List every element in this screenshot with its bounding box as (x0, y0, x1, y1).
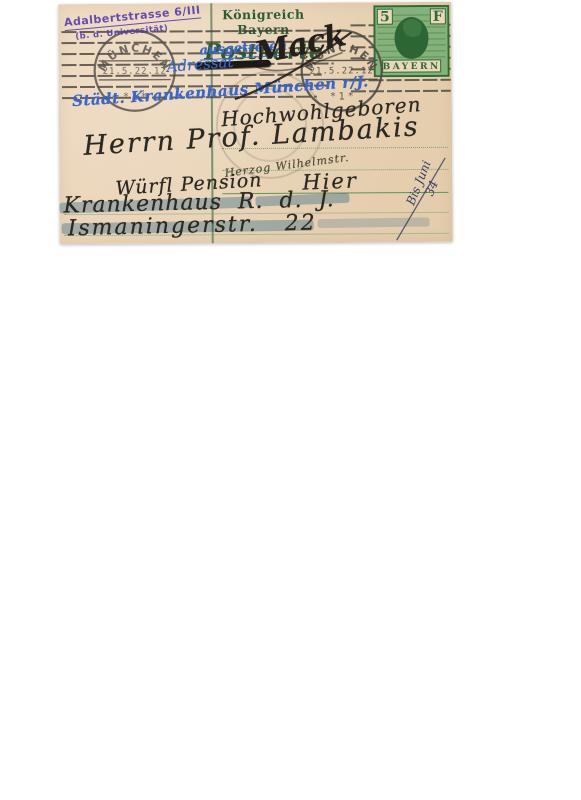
address-street: Ismaningerstr. 22 (67, 210, 317, 241)
diagonal-date-note: Bis Juni 34 (403, 159, 446, 213)
stamp-portrait (394, 17, 428, 59)
postage-stamp: 5 F BAYERN (373, 5, 449, 77)
scan-background: { "postcard": { "paper_color": "#e9d3b6"… (0, 0, 581, 800)
postcard: Königreich Bayern Postkarte 5 F (58, 2, 452, 244)
postmark-date: 21.5.22.12 (103, 67, 167, 77)
stamp-denomination: 5 (380, 9, 390, 25)
highlight-bar (318, 217, 430, 228)
stamp-country: BAYERN (383, 62, 441, 72)
stamp-denomination-unit: F (433, 9, 443, 25)
note-adressat: Adressat (166, 53, 234, 76)
